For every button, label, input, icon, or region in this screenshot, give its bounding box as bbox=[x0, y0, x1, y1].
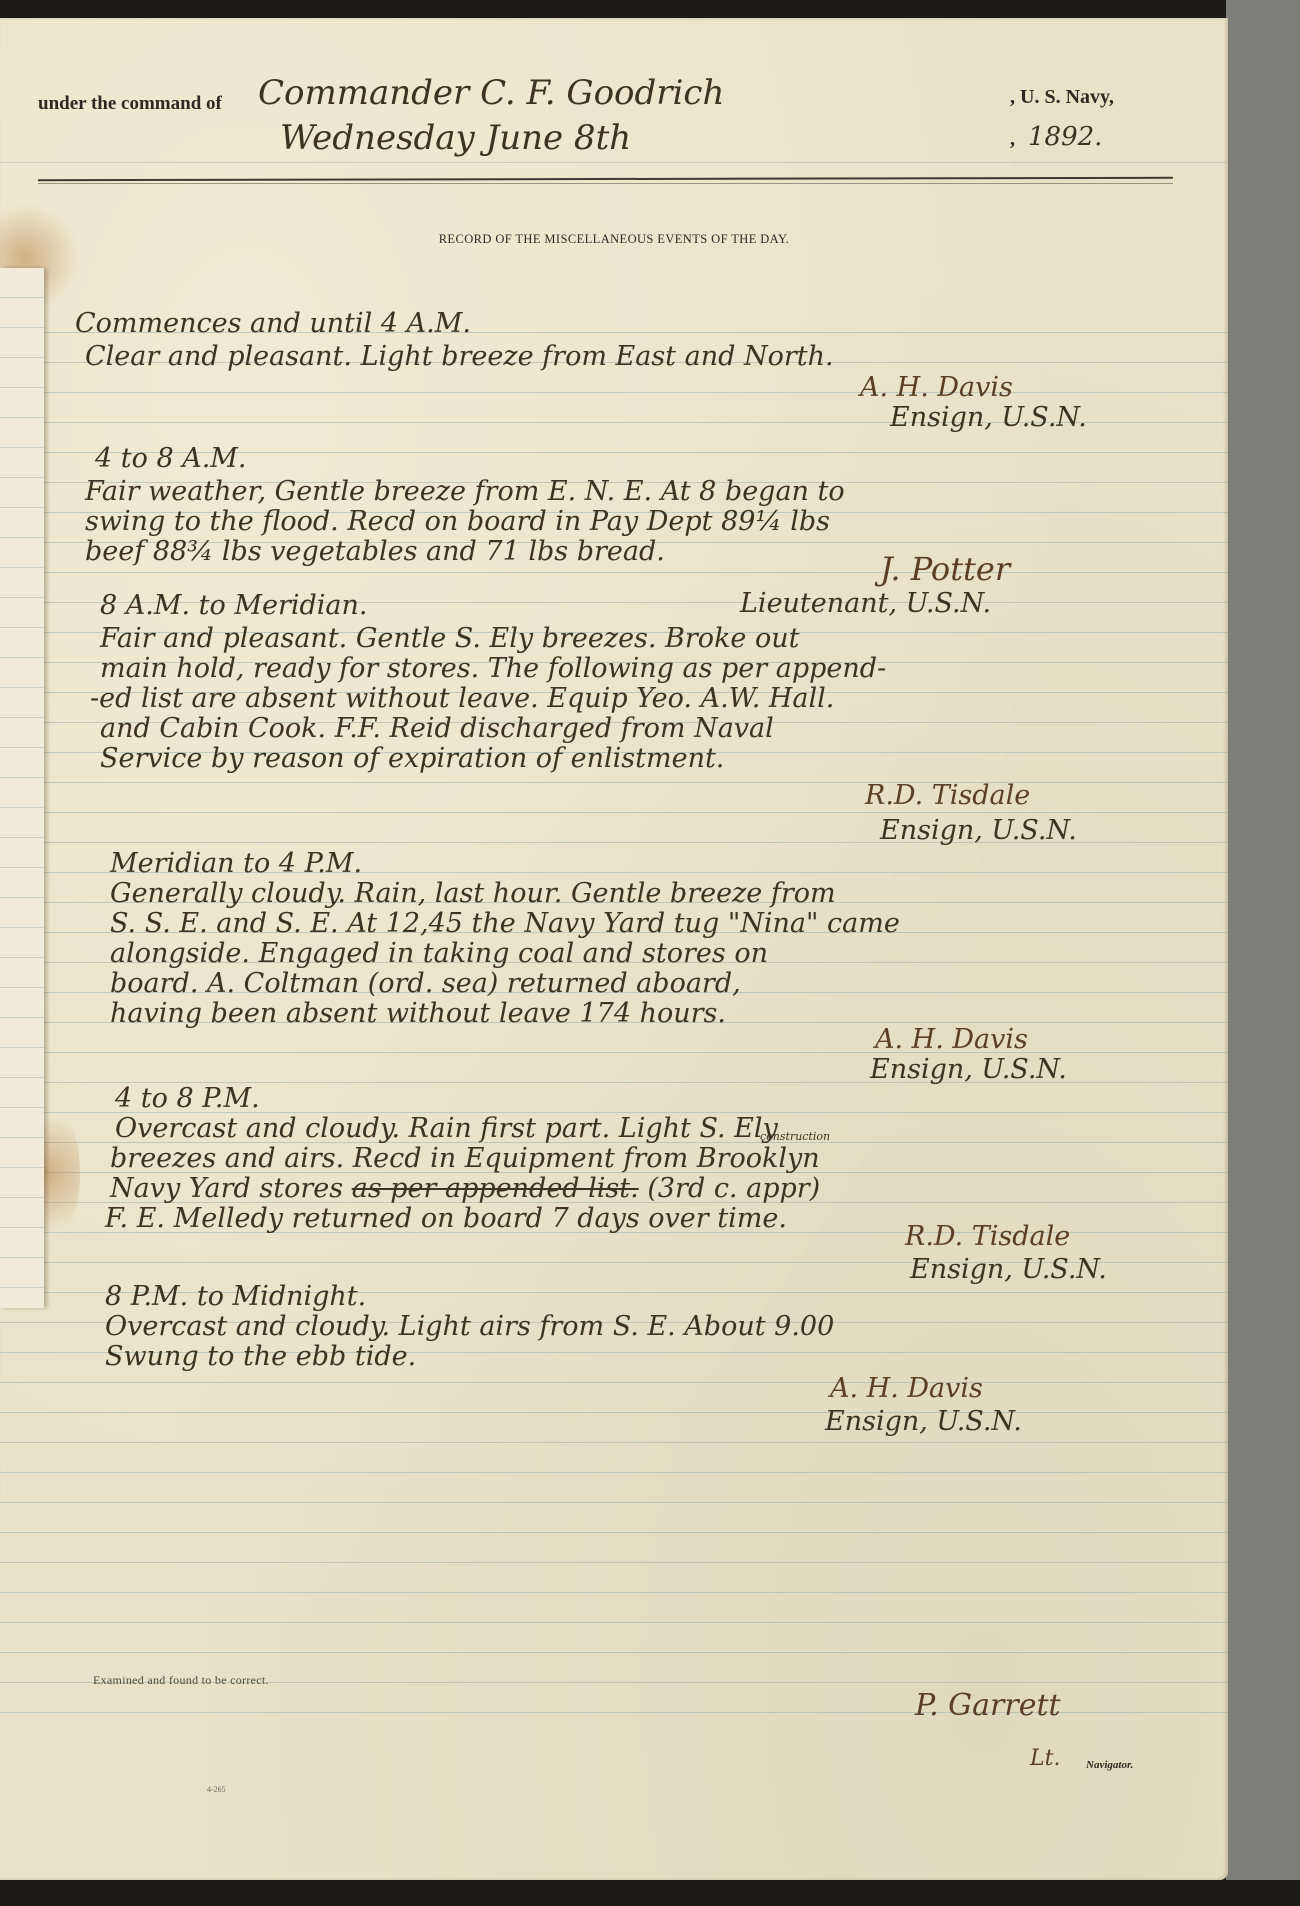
entry-line: beef 88¾ lbs vegetables and 71 lbs bread… bbox=[85, 536, 665, 567]
entry-line: Swung to the ebb tide. bbox=[105, 1341, 416, 1372]
watch-heading: Commences and until 4 A.M. bbox=[75, 308, 471, 339]
entry-line: F. E. Melledy returned on board 7 days o… bbox=[105, 1203, 787, 1234]
entry-line: swing to the flood. Recd on board in Pay… bbox=[85, 506, 830, 537]
inserted-paper-slip bbox=[0, 268, 44, 1308]
scan-backdrop bbox=[1226, 0, 1300, 1880]
entry-line: Overcast and cloudy. Rain first part. Li… bbox=[115, 1113, 778, 1144]
header-divider bbox=[38, 177, 1173, 181]
entry-line: breezes and airs. Recd in Equipment from… bbox=[110, 1143, 820, 1174]
signature: J. Potter bbox=[880, 550, 1010, 588]
examined-statement: Examined and found to be correct. bbox=[93, 1673, 269, 1688]
signature: A. H. Davis bbox=[875, 1024, 1028, 1055]
signature-rank: Ensign, U.S.N. bbox=[890, 402, 1087, 433]
log-date: Wednesday June 8th bbox=[280, 118, 631, 158]
signature-rank: Ensign, U.S.N. bbox=[880, 815, 1077, 846]
year-prefix: , bbox=[1010, 128, 1015, 151]
signature-rank: Ensign, U.S.N. bbox=[825, 1406, 1022, 1437]
entry-line: Navy Yard stores as per appended list. (… bbox=[110, 1173, 820, 1204]
entry-line: alongside. Engaged in taking coal and st… bbox=[110, 938, 768, 969]
signature: R.D. Tisdale bbox=[905, 1221, 1070, 1252]
entry-line: Clear and pleasant. Light breeze from Ea… bbox=[85, 341, 834, 372]
signature: A. H. Davis bbox=[830, 1373, 983, 1404]
entry-line-text: Navy Yard stores bbox=[110, 1173, 343, 1204]
entry-line: Fair weather, Gentle breeze from E. N. E… bbox=[85, 476, 845, 507]
entry-line: having been absent without leave 174 hou… bbox=[110, 998, 726, 1029]
entry-line: Overcast and cloudy. Light airs from S. … bbox=[105, 1311, 834, 1342]
watch-heading: Meridian to 4 P.M. bbox=[110, 848, 362, 879]
entry-line: -ed list are absent without leave. Equip… bbox=[90, 683, 834, 714]
section-title: RECORD OF THE MISCELLANEOUS EVENTS OF TH… bbox=[0, 232, 1228, 247]
entry-line: main hold, ready for stores. The followi… bbox=[100, 653, 886, 684]
navigator-signature: P. Garrett bbox=[915, 1688, 1061, 1723]
signature-rank: Ensign, U.S.N. bbox=[870, 1054, 1067, 1085]
signature: A. H. Davis bbox=[860, 372, 1013, 403]
watch-heading: 4 to 8 A.M. bbox=[95, 443, 247, 474]
signature: R.D. Tisdale bbox=[865, 780, 1030, 811]
signature-rank: Ensign, U.S.N. bbox=[910, 1254, 1107, 1285]
commander-name: Commander C. F. Goodrich bbox=[258, 73, 724, 113]
header-divider-thin bbox=[38, 183, 1173, 184]
struck-text: as per appended list. bbox=[352, 1173, 639, 1204]
watch-heading: 8 P.M. to Midnight. bbox=[105, 1281, 366, 1312]
entry-line-tail: (3rd c. appr) bbox=[647, 1173, 820, 1204]
log-page: under the command of Commander C. F. Goo… bbox=[0, 18, 1228, 1880]
entry-line: Fair and pleasant. Gentle S. Ely breezes… bbox=[100, 623, 799, 654]
entry-line: S. S. E. and S. E. At 12,45 the Navy Yar… bbox=[110, 908, 900, 939]
signature-rank: Lieutenant, U.S.N. bbox=[740, 588, 991, 619]
watch-heading: 4 to 8 P.M. bbox=[115, 1083, 260, 1114]
insertion-note: construction bbox=[760, 1130, 830, 1143]
navy-suffix: , U. S. Navy, bbox=[1010, 86, 1114, 109]
log-year: 1892. bbox=[1028, 122, 1102, 152]
watch-heading: 8 A.M. to Meridian. bbox=[100, 590, 368, 621]
form-number: 4-265 bbox=[207, 1785, 226, 1794]
entry-line: Generally cloudy. Rain, last hour. Gentl… bbox=[110, 878, 836, 909]
entry-line: Service by reason of expiration of enlis… bbox=[100, 743, 724, 774]
navigator-initials: Lt. bbox=[1030, 1746, 1060, 1771]
navigator-label: Navigator. bbox=[1086, 1759, 1133, 1771]
command-label: under the command of bbox=[38, 93, 222, 115]
entry-line: board. A. Coltman (ord. sea) returned ab… bbox=[110, 968, 741, 999]
entry-line: and Cabin Cook. F.F. Reid discharged fro… bbox=[100, 713, 774, 744]
